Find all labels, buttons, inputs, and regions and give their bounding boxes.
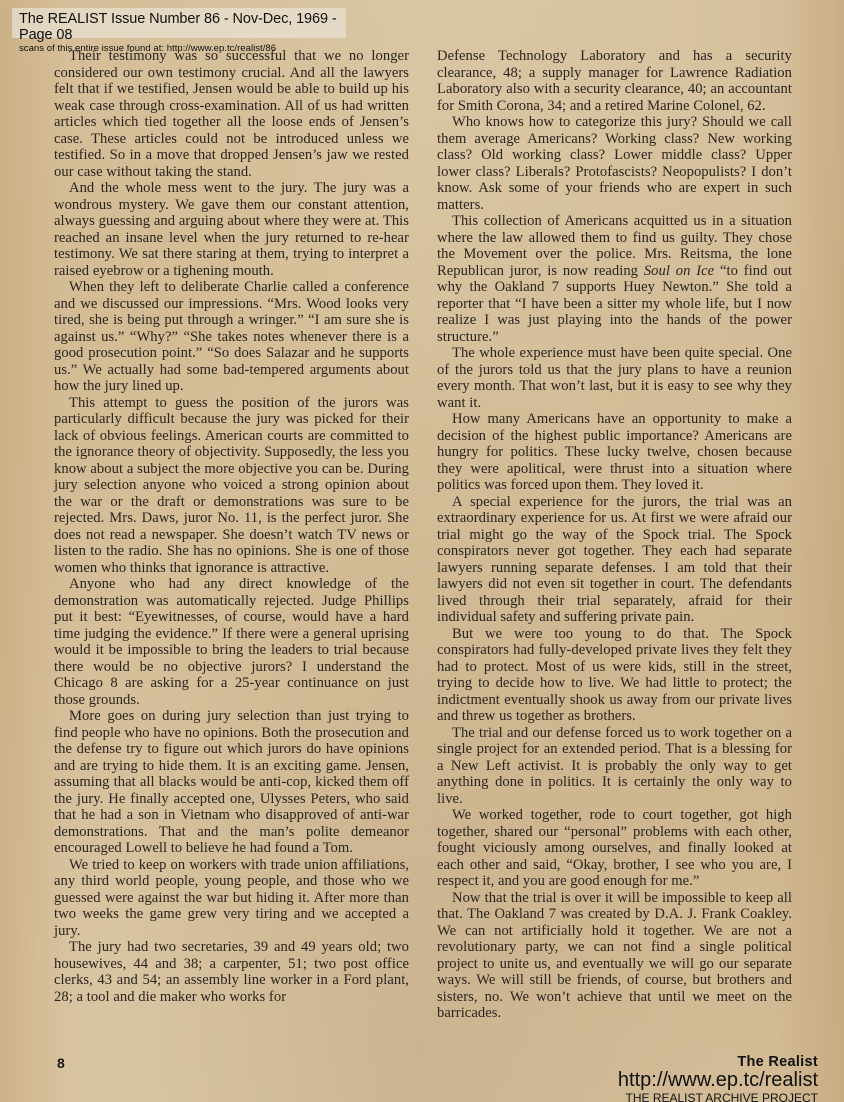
archive-project-name: THE REALIST ARCHIVE PROJECT — [618, 1091, 818, 1102]
paragraph: The trial and our defense forced us to w… — [437, 725, 792, 808]
issue-title: The REALIST Issue Number 86 - Nov-Dec, 1… — [19, 11, 340, 43]
paragraph: We tried to keep on workers with trade u… — [54, 857, 409, 940]
paragraph: We worked together, rode to court togeth… — [437, 807, 792, 890]
paragraph: But we were too young to do that. The Sp… — [437, 626, 792, 725]
page-number: 8 — [57, 1055, 65, 1071]
paragraph: When they left to deliberate Charlie cal… — [54, 279, 409, 395]
archive-banner: The REALIST Issue Number 86 - Nov-Dec, 1… — [12, 8, 346, 38]
paragraph: A special experience for the jurors, the… — [437, 494, 792, 626]
magazine-name: The Realist — [618, 1055, 818, 1070]
paragraph: More goes on during jury selection than … — [54, 708, 409, 857]
paragraph: Who knows how to categorize this jury? S… — [437, 114, 792, 213]
paragraph: This attempt to guess the position of th… — [54, 395, 409, 577]
right-column: Defense Technology Laboratory and has a … — [437, 48, 792, 1022]
paragraph: Their testimony was so successful that w… — [54, 48, 409, 180]
paragraph: Anyone who had any direct knowledge of t… — [54, 576, 409, 708]
paragraph: And the whole mess went to the jury. The… — [54, 180, 409, 279]
paragraph: The whole experience must have been quit… — [437, 345, 792, 411]
archive-url: http://www.ep.tc/realist — [618, 1070, 818, 1091]
archive-footer: The Realist http://www.ep.tc/realist THE… — [618, 1055, 818, 1102]
left-column: Their testimony was so successful that w… — [54, 48, 409, 1005]
paragraph: How many Americans have an opportunity t… — [437, 411, 792, 494]
book-title: Soul on Ice — [644, 263, 714, 279]
paragraph: This collection of Americans acquitted u… — [437, 213, 792, 345]
paragraph: The jury had two secretaries, 39 and 49 … — [54, 939, 409, 1005]
paragraph: Now that the trial is over it will be im… — [437, 890, 792, 1022]
paragraph-continuation: Defense Technology Laboratory and has a … — [437, 48, 792, 114]
